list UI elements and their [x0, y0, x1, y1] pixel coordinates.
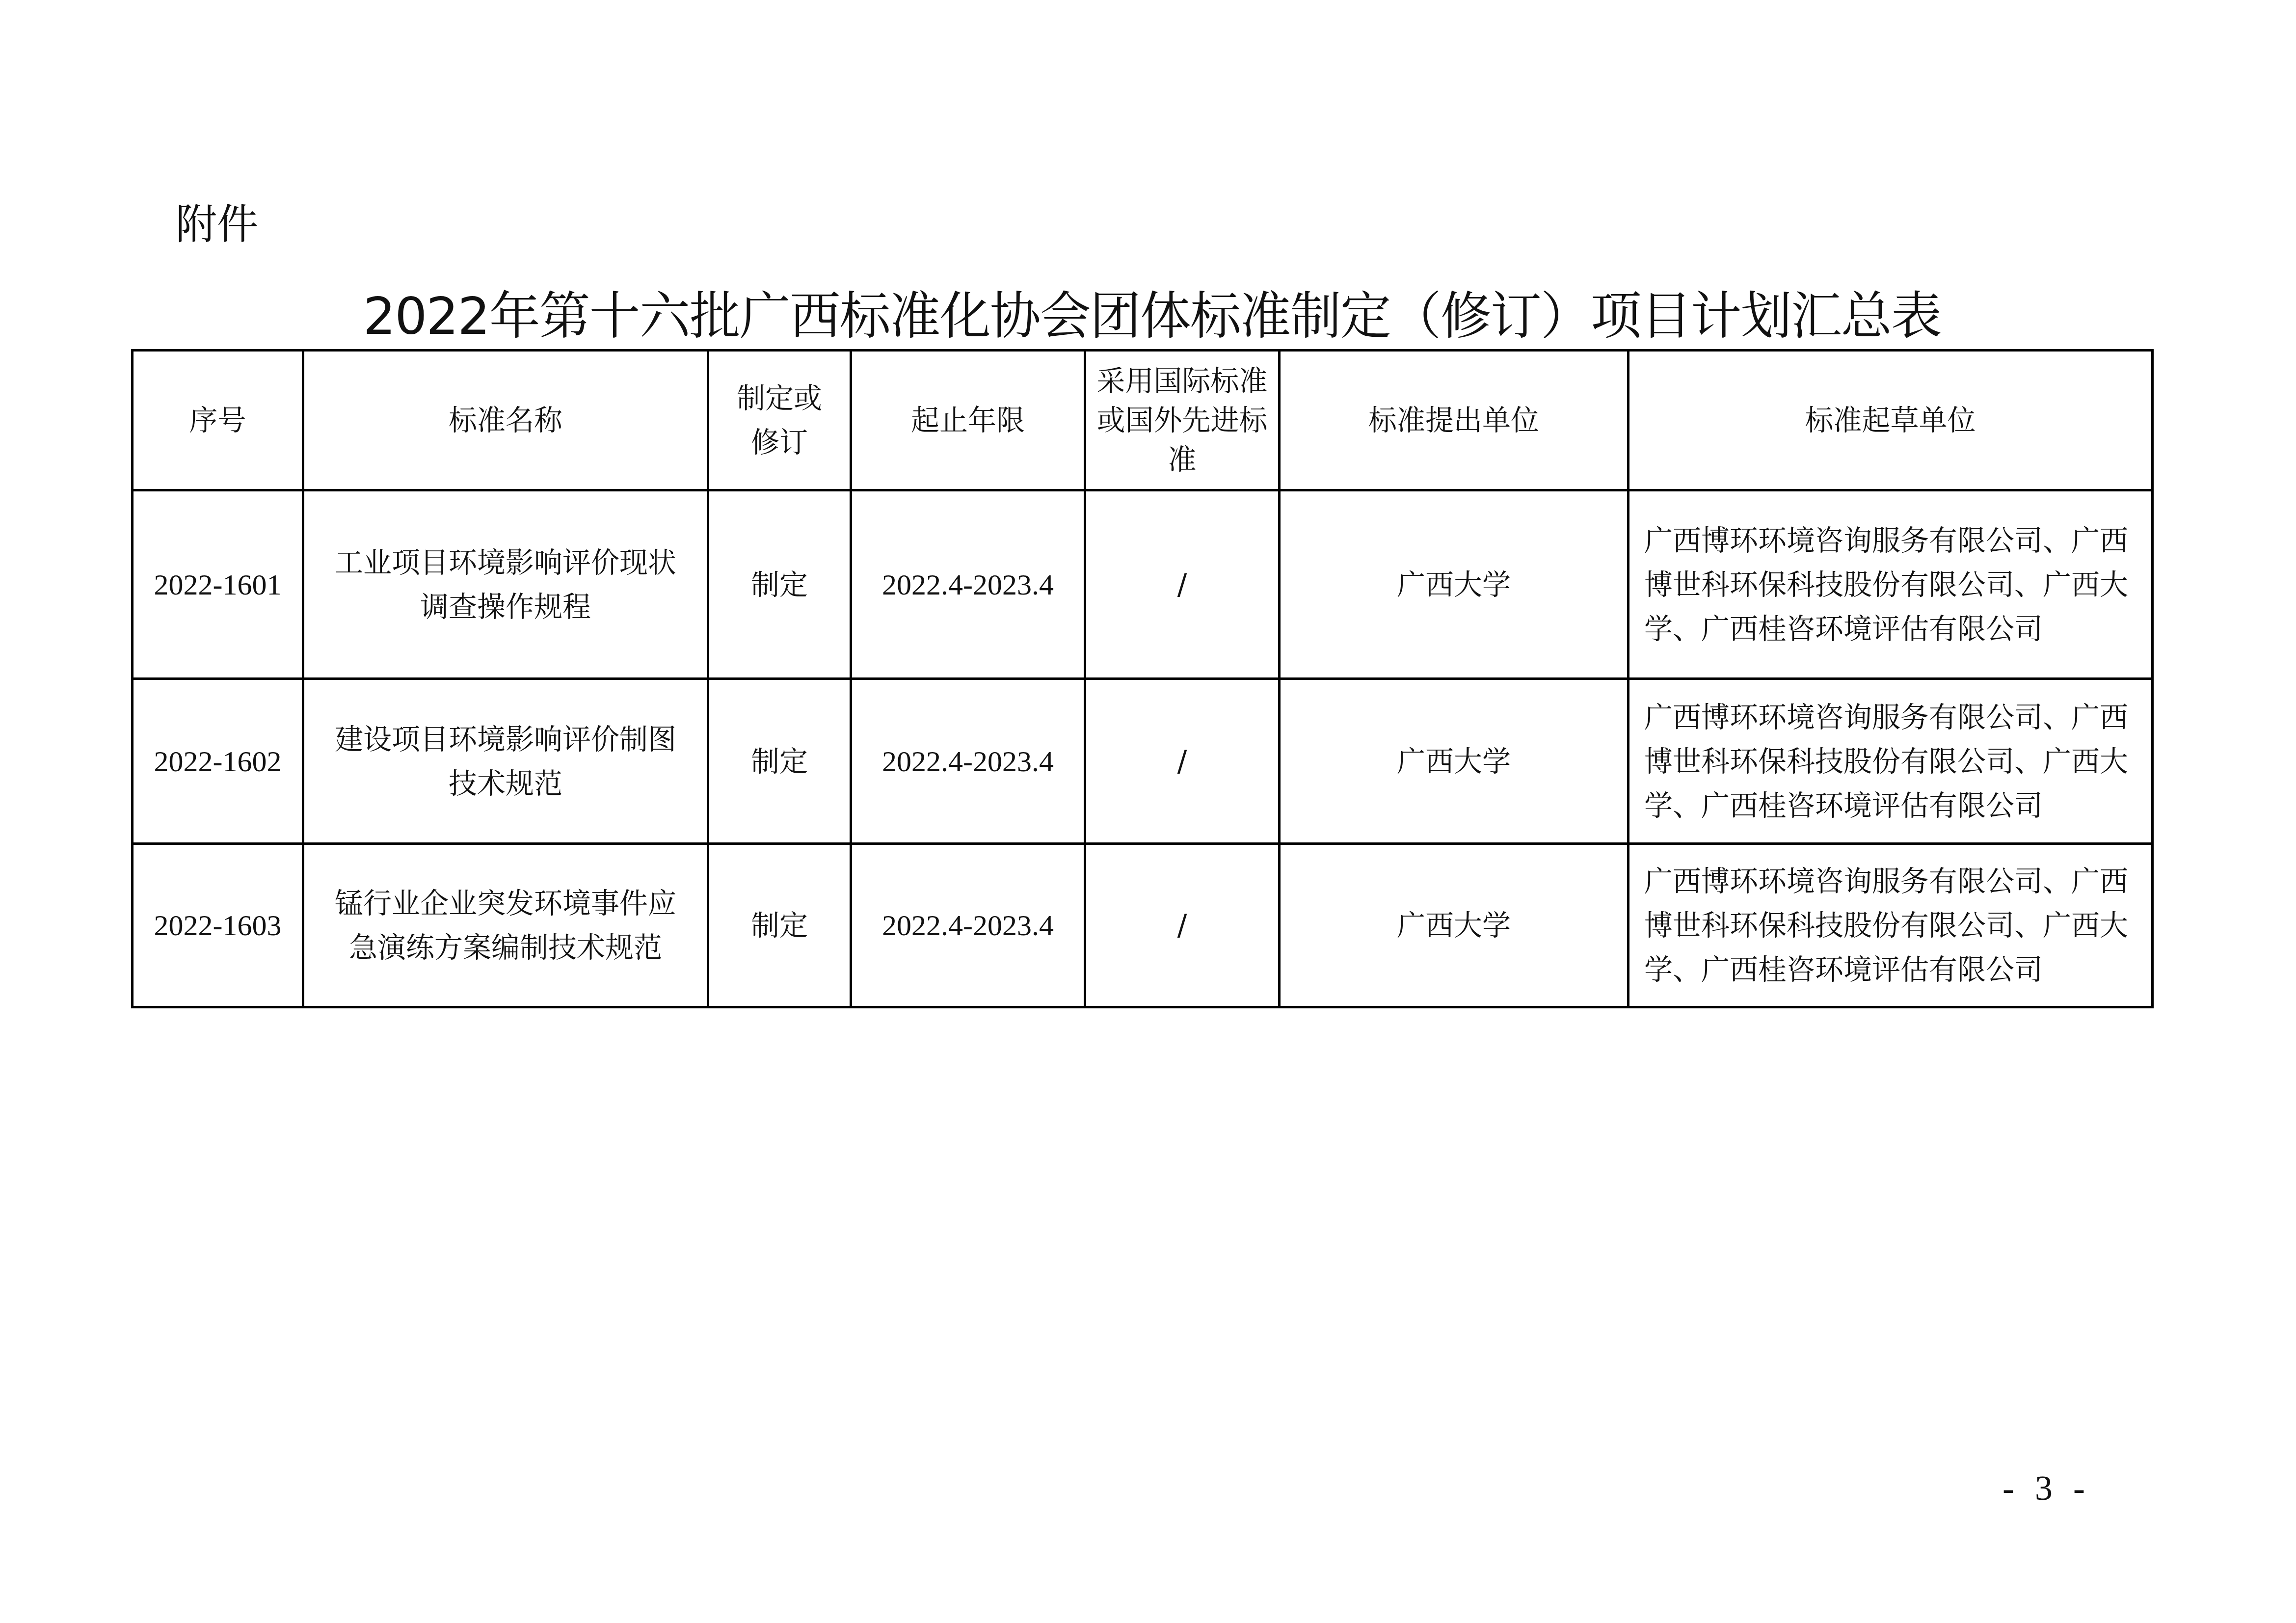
cell-adopted-standard: / — [1085, 844, 1280, 1007]
cell-id: 2022-1603 — [133, 844, 303, 1007]
header-period: 起止年限 — [851, 351, 1085, 490]
header-proposer: 标准提出单位 — [1280, 351, 1629, 490]
page-title: 2022年第十六批广西标准化协会团体标准制定（修订）项目计划汇总表 — [363, 275, 1941, 349]
cell-drafters: 广西博环环境咨询服务有限公司、广西博世科环保科技股份有限公司、广西大学、广西桂咨… — [1629, 844, 2153, 1007]
cell-period: 2022.4-2023.4 — [851, 844, 1085, 1007]
table-row: 2022-1603 锰行业企业突发环境事件应急演练方案编制技术规范 制定 202… — [133, 844, 2153, 1007]
cell-adopted-standard: / — [1085, 679, 1280, 844]
cell-type: 制定 — [708, 679, 851, 844]
header-type: 制定或修订 — [708, 351, 851, 490]
cell-name: 工业项目环境影响评价现状调查操作规程 — [303, 490, 708, 679]
cell-proposer: 广西大学 — [1280, 844, 1629, 1007]
cell-id: 2022-1601 — [133, 490, 303, 679]
cell-drafters: 广西博环环境咨询服务有限公司、广西博世科环保科技股份有限公司、广西大学、广西桂咨… — [1629, 490, 2153, 679]
cell-proposer: 广西大学 — [1280, 490, 1629, 679]
cell-period: 2022.4-2023.4 — [851, 490, 1085, 679]
cell-name: 锰行业企业突发环境事件应急演练方案编制技术规范 — [303, 844, 708, 1007]
cell-id: 2022-1602 — [133, 679, 303, 844]
header-id: 序号 — [133, 351, 303, 490]
header-drafters: 标准起草单位 — [1629, 351, 2153, 490]
cell-type: 制定 — [708, 490, 851, 679]
cell-adopted-standard: / — [1085, 490, 1280, 679]
cell-name: 建设项目环境影响评价制图技术规范 — [303, 679, 708, 844]
table-row: 2022-1601 工业项目环境影响评价现状调查操作规程 制定 2022.4-2… — [133, 490, 2153, 679]
cell-drafters: 广西博环环境咨询服务有限公司、广西博世科环保科技股份有限公司、广西大学、广西桂咨… — [1629, 679, 2153, 844]
page-number: - 3 - — [2002, 1468, 2091, 1509]
header-adopted-standard: 采用国际标准或国外先进标准 — [1085, 351, 1280, 490]
cell-proposer: 广西大学 — [1280, 679, 1629, 844]
table-header-row: 序号 标准名称 制定或修订 起止年限 采用国际标准或国外先进标准 标准提出单位 … — [133, 351, 2153, 490]
header-name: 标准名称 — [303, 351, 708, 490]
project-plan-table: 序号 标准名称 制定或修订 起止年限 采用国际标准或国外先进标准 标准提出单位 … — [131, 349, 2154, 1008]
cell-period: 2022.4-2023.4 — [851, 679, 1085, 844]
attachment-label: 附件 — [176, 191, 258, 251]
table-row: 2022-1602 建设项目环境影响评价制图技术规范 制定 2022.4-202… — [133, 679, 2153, 844]
cell-type: 制定 — [708, 844, 851, 1007]
